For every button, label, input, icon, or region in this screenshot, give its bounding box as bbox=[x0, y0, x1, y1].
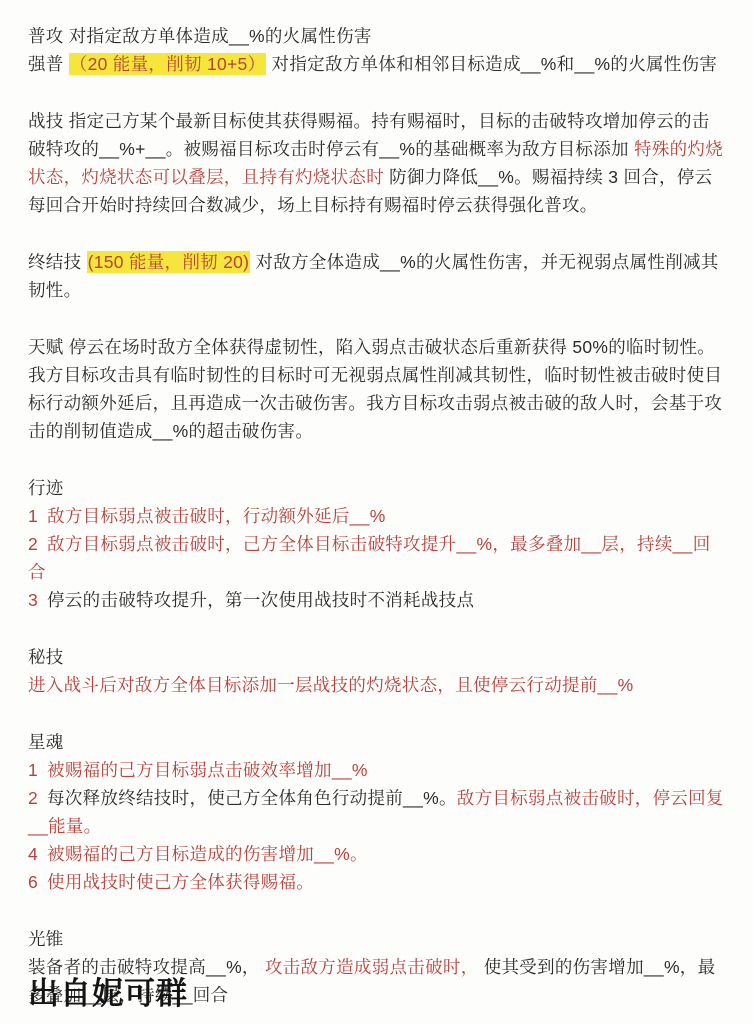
eidolon-2-number: 2 bbox=[28, 788, 38, 808]
enhanced-basic-cost-highlight: （20 能量，削韧 10+5） bbox=[69, 53, 267, 75]
eidolon-6: 6使用战技时使己方全体获得赐福。 bbox=[28, 868, 727, 896]
basic-attack-line: 普攻 对指定敌方单体造成__%的火属性伤害 bbox=[28, 22, 727, 50]
traces-header: 行迹 bbox=[28, 474, 727, 502]
technique-section: 秘技 进入战斗后对敌方全体目标添加一层战技的灼烧状态，且使停云行动提前__% bbox=[28, 643, 727, 699]
eidolons-header: 星魂 bbox=[28, 728, 727, 756]
trace-item-2-number: 2 bbox=[28, 534, 38, 554]
trace-item-3: 3停云的击破特攻提升，第一次使用战技时不消耗战技点 bbox=[28, 586, 727, 614]
eidolon-1: 1被赐福的己方目标弱点击破效率增加__% bbox=[28, 756, 727, 784]
eidolon-2: 2每次释放终结技时，使己方全体角色行动提前__%。敌方目标弱点被击破时，停云回复… bbox=[28, 784, 727, 840]
talent-text: 天赋 停云在场时敌方全体获得虚韧性，陷入弱点击破状态后重新获得 50%的临时韧性… bbox=[28, 337, 722, 441]
eidolons-section: 星魂 1被赐福的己方目标弱点击破效率增加__% 2每次释放终结技时，使己方全体角… bbox=[28, 728, 727, 896]
eidolon-6-text: 使用战技时使己方全体获得赐福。 bbox=[47, 872, 314, 892]
technique-header: 秘技 bbox=[28, 643, 727, 671]
enhanced-basic-line: 强普 （20 能量，削韧 10+5） 对指定敌方单体和相邻目标造成__%和__%… bbox=[28, 50, 727, 78]
trace-item-1-text: 敌方目标弱点被击破时，行动额外延后__% bbox=[47, 506, 386, 526]
trace-item-1-number: 1 bbox=[28, 506, 38, 526]
technique-text: 进入战斗后对敌方全体目标添加一层战技的灼烧状态，且使停云行动提前__% bbox=[28, 671, 727, 699]
eidolon-2-text-black: 每次释放终结技时，使己方全体角色行动提前__%。 bbox=[47, 788, 457, 808]
light-cone-header: 光锥 bbox=[28, 925, 727, 953]
eidolon-6-number: 6 bbox=[28, 872, 38, 892]
talent-paragraph: 天赋 停云在场时敌方全体获得虚韧性，陷入弱点击破状态后重新获得 50%的临时韧性… bbox=[28, 333, 727, 445]
ultimate-paragraph: 终结技 (150 能量，削韧 20) 对敌方全体造成__%的火属性伤害，并无视弱… bbox=[28, 248, 727, 304]
eidolon-1-text: 被赐福的己方目标弱点击破效率增加__% bbox=[47, 760, 368, 780]
basic-attack-text: 普攻 对指定敌方单体造成__%的火属性伤害 bbox=[28, 26, 372, 46]
traces-section: 行迹 1敌方目标弱点被击破时，行动额外延后__% 2敌方目标弱点被击破时，己方全… bbox=[28, 474, 727, 614]
ultimate-cost-highlight: (150 能量，削韧 20) bbox=[87, 251, 251, 273]
eidolon-4-number: 4 bbox=[28, 844, 38, 864]
trace-item-1: 1敌方目标弱点被击破时，行动额外延后__% bbox=[28, 502, 727, 530]
ultimate-label: 终结技 bbox=[28, 252, 87, 272]
light-cone-text-red: 攻击敌方造成弱点击破时， bbox=[265, 957, 479, 977]
eidolon-1-number: 1 bbox=[28, 760, 38, 780]
skill-paragraph: 战技 指定己方某个最新目标使其获得赐福。持有赐福时，目标的击破特攻增加停云的击破… bbox=[28, 107, 727, 219]
enhanced-basic-label: 强普 bbox=[28, 54, 69, 74]
skill-notes-page: 普攻 对指定敌方单体造成__%的火属性伤害 强普 （20 能量，削韧 10+5）… bbox=[0, 0, 753, 1024]
trace-item-3-number: 3 bbox=[28, 590, 38, 610]
trace-item-3-text: 停云的击破特攻提升，第一次使用战技时不消耗战技点 bbox=[47, 590, 474, 610]
trace-item-2-text: 敌方目标弱点被击破时，己方全体目标击破特攻提升__%，最多叠加__层，持续__回… bbox=[28, 534, 711, 582]
source-attribution: 出自妮可群 bbox=[28, 968, 188, 1013]
enhanced-basic-text: 对指定敌方单体和相邻目标造成__%和__%的火属性伤害 bbox=[272, 54, 718, 74]
trace-item-2: 2敌方目标弱点被击破时，己方全体目标击破特攻提升__%，最多叠加__层，持续__… bbox=[28, 530, 727, 586]
eidolon-4: 4被赐福的己方目标造成的伤害增加__%。 bbox=[28, 840, 727, 868]
skill-text-1: 战技 指定己方某个最新目标使其获得赐福。持有赐福时，目标的击破特攻增加停云的击破… bbox=[28, 111, 710, 159]
eidolon-4-text: 被赐福的己方目标造成的伤害增加__%。 bbox=[47, 844, 368, 864]
